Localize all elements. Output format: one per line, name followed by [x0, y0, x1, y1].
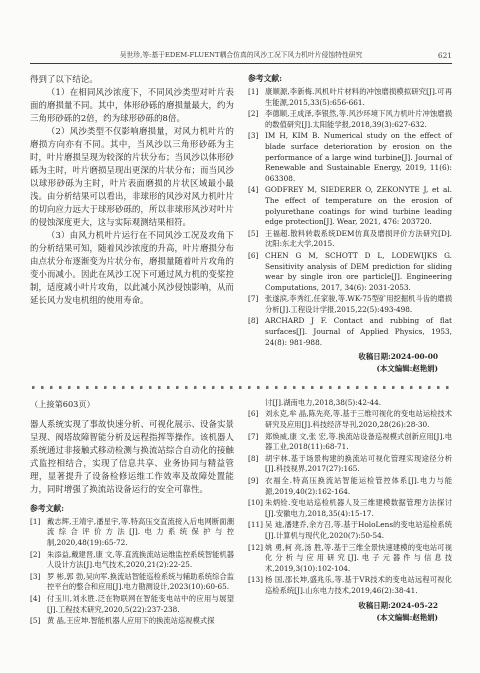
journal-page: 吴世珍,等:基于EDEM-FLUENT耦合仿真的风沙工况下风力机叶片侵蚀特性研究…	[0, 0, 480, 673]
reference-text: 康顺源,李新梅.风机叶片材料的冲蚀磨损模拟研究[J].可再生能源,2015,33…	[265, 87, 452, 108]
reference-number: [9]	[248, 476, 265, 497]
reference-text: 朱添益,戴建晋,康 文,等.直流换流站运维监控系统智能机器人设计方法[J].电气…	[47, 550, 234, 571]
reference-item: [8] 胡宇林.基于场景构建的换流站可视化管理实现途径分析[J].科技视界,20…	[248, 454, 452, 475]
reference-number: [2]	[248, 109, 265, 130]
reference-number: [4]	[30, 594, 47, 615]
reference-text: 李德顺,王成泽,李银然,等.风沙环境下风力机叶片冲蚀磨损的数值研究[J].太阳能…	[265, 109, 452, 130]
reference-item: [9] 衣福全.特高压换流站智能运检管控体系[J].电力与能源,2019,40(…	[248, 476, 452, 497]
reference-number: [5]	[30, 616, 47, 627]
article1-left-column: 得到了以下结论。 （1）在相同风沙浓度下，不同风沙类型对叶片表面的磨损量不同。其…	[30, 73, 234, 375]
reference-item: [4] GODFREY M, SIEDERER O, ZEKONYTE J, e…	[248, 185, 452, 227]
reference-item: [3] 罗 彬,郭 勃,吴向军.换流站智能巡检系统与辅助系统综合监控平台的整合和…	[30, 572, 234, 593]
reference-number: [7]	[248, 294, 265, 315]
page-number: 621	[438, 50, 452, 61]
reference-continuation: 讨[J].湖南电力,2018,38(5):42-44.	[248, 398, 452, 409]
reference-item: [5] 黄 晶,王应坤.智能机器人应用下的换流站巡视模式探	[30, 616, 234, 627]
reference-item: [2] 朱添益,戴建晋,康 文,等.直流换流站运维监控系统智能机器人设计方法[J…	[30, 550, 234, 571]
reference-number: [13]	[248, 575, 265, 596]
reference-number: [8]	[248, 316, 265, 348]
article2-left-column: （上接第603页） 器人系统实现了事故快速分析、可视化展示、设备实景呈现、阀塔故…	[30, 398, 234, 628]
reference-text: ARCHARD J F. Contact and rubbing of flat…	[265, 316, 452, 348]
article2-reference-list-right: [6] 刘永克,牟 晶,陈先亮,等.基于三维可视化的变电站运检技术研究及应用[J…	[248, 409, 452, 596]
reference-item: [10] 朱炳铨.变电站巡检机器人及三维建模数据管理方法探讨[J].安徽电力,2…	[248, 498, 452, 519]
reference-number: [10]	[248, 498, 265, 519]
editor-note: (本文编辑:赵艳娟)	[248, 612, 452, 624]
conclusion-paragraph: （3）由风力机叶片运行在不同风沙工况及攻角下的分析结果可知，随着风沙浓度的升高，…	[30, 229, 234, 307]
reference-text: GODFREY M, SIEDERER O, ZEKONYTE J, et al…	[265, 185, 452, 227]
reference-text: 杨 国,邵长坤,盛兆乐,等.基于VR技术的变电站远程可视化巡检系统[J].山东电…	[265, 575, 452, 596]
reference-number: [3]	[30, 572, 47, 593]
reference-text: 朱炳铨.变电站巡检机器人及三维建模数据管理方法探讨[J].安徽电力,2018,3…	[265, 498, 452, 519]
reference-item: [3] IM H, KIM B. Numerical study on the …	[248, 131, 452, 184]
reference-item: [7] 郑焕威,康 文,张 宏,等.换流站设备巡视模式创新应用[J].电器工业,…	[248, 432, 452, 453]
reference-number: [1]	[248, 87, 265, 108]
conclusion-intro: 得到了以下结论。	[30, 73, 234, 86]
reference-text: 郑焕威,康 文,张 宏,等.换流站设备巡视模式创新应用[J].电器工业,2018…	[265, 432, 452, 453]
reference-item: [7] 张遂滨,李秀红,任家骏,等.WK-75型矿用挖掘机斗齿的磨损分析[J].…	[248, 294, 452, 315]
reference-text: 付玉川,刘永胜.泛在物联网在智能变电站中的应用与展望[J].工程技术研究,202…	[47, 594, 234, 615]
reference-item: [2] 李德顺,王成泽,李银然,等.风沙环境下风力机叶片冲蚀磨损的数值研究[J]…	[248, 109, 452, 130]
received-date: 收稿日期:2024-05-22	[248, 600, 452, 612]
editor-note: (本文编辑:赵艳娟)	[248, 363, 452, 375]
reference-text: 吴 迪,潘建乔,余方召,等.基于HoloLens的变电站巡检系统[J].计算机与…	[265, 520, 452, 541]
reference-text: 胡宇林.基于场景构建的换流站可视化管理实现途径分析[J].科技视界,2017(2…	[265, 454, 452, 475]
reference-number: [1]	[30, 517, 47, 549]
reference-text: CHEN G M, SCHOTT D L, LODEWIJKS G. Sensi…	[265, 251, 452, 293]
reference-item: [8] ARCHARD J F. Contact and rubbing of …	[248, 316, 452, 348]
reference-item: [5] 王福超.散料转载系统DEM仿真及磨损评价方法研究[D].沈阳:东北大学,…	[248, 229, 452, 250]
section-separator	[32, 386, 450, 389]
reference-number: [6]	[248, 409, 265, 430]
reference-text: 罗 彬,郭 勃,吴向军.换流站智能巡检系统与辅助系统综合监控平台的整合和应用[J…	[47, 572, 234, 593]
reference-text: IM H, KIM B. Numerical study on the effe…	[265, 131, 452, 184]
reference-number: [5]	[248, 229, 265, 250]
reference-number: [4]	[248, 185, 265, 227]
continued-from-note: （上接第603页）	[30, 398, 234, 410]
reference-number: [12]	[248, 543, 265, 575]
article2-section: （上接第603页） 器人系统实现了事故快速分析、可视化展示、设备实景呈现、阀塔故…	[30, 398, 452, 628]
reference-number: [3]	[248, 131, 265, 184]
reference-text: 王福超.散料转载系统DEM仿真及磨损评价方法研究[D].沈阳:东北大学,2015…	[265, 229, 452, 250]
reference-number: [6]	[248, 251, 265, 293]
reference-text: 黄 晶,王应坤.智能机器人应用下的换流站巡视模式探	[47, 616, 234, 627]
header-rule	[30, 63, 452, 64]
conclusion-paragraph: （1）在相同风沙浓度下，不同风沙类型对叶片表面的磨损量不同。其中，体形砂砾的磨损…	[30, 86, 234, 125]
reference-item: [11] 吴 迪,潘建乔,余方召,等.基于HoloLens的变电站巡检系统[J]…	[248, 520, 452, 541]
reference-number: [2]	[30, 550, 47, 571]
reference-number: [8]	[248, 454, 265, 475]
reference-item: [6] CHEN G M, SCHOTT D L, LODEWIJKS G. S…	[248, 251, 452, 293]
article2-body-paragraph: 器人系统实现了事故快速分析、可视化展示、设备实景呈现、阀塔故障智能分析及远程指挥…	[30, 418, 234, 496]
running-title: 吴世珍,等:基于EDEM-FLUENT耦合仿真的风沙工况下风力机叶片侵蚀特性研究	[120, 51, 363, 59]
article2-reference-list-left: [1] 戴志辉,王靖宇,潘星宇,等.特高压交直流接入后电网断面潮流综合评价方法[…	[30, 517, 234, 627]
reference-number: [7]	[248, 432, 265, 453]
article1-reference-list: [1] 康顺源,李新梅.风机叶片材料的冲蚀磨损模拟研究[J].可再生能源,201…	[248, 87, 452, 348]
references-heading: 参考文献:	[248, 73, 452, 84]
conclusion-paragraph: （2）风沙类型不仅影响磨损量，对风力机叶片的磨损方向亦有不同。其中，当风沙以三角…	[30, 125, 234, 229]
reference-item: [12] 姚 勇,柯 亮,汤 胜,等.基于三维全景快速建模的变电站可视化分析与应…	[248, 543, 452, 575]
reference-text: 姚 勇,柯 亮,汤 胜,等.基于三维全景快速建模的变电站可视化分析与应用研究[J…	[265, 543, 452, 575]
references-heading: 参考文献:	[30, 503, 234, 514]
running-header: 吴世珍,等:基于EDEM-FLUENT耦合仿真的风沙工况下风力机叶片侵蚀特性研究…	[30, 50, 452, 61]
reference-item: [1] 康顺源,李新梅.风机叶片材料的冲蚀磨损模拟研究[J].可再生能源,201…	[248, 87, 452, 108]
reference-item: [6] 刘永克,牟 晶,陈先亮,等.基于三维可视化的变电站运检技术研究及应用[J…	[248, 409, 452, 430]
reference-text: 刘永克,牟 晶,陈先亮,等.基于三维可视化的变电站运检技术研究及应用[J].科技…	[265, 409, 452, 430]
reference-item: [4] 付玉川,刘永胜.泛在物联网在智能变电站中的应用与展望[J].工程技术研究…	[30, 594, 234, 615]
reference-text: 衣福全.特高压换流站智能运检管控体系[J].电力与能源,2019,40(2):1…	[265, 476, 452, 497]
conclusion-paragraphs: （1）在相同风沙浓度下，不同风沙类型对叶片表面的磨损量不同。其中，体形砂砾的磨损…	[30, 86, 234, 307]
article2-right-column: 讨[J].湖南电力,2018,38(5):42-44. [6] 刘永克,牟 晶,…	[248, 398, 452, 628]
reference-text: 张遂滨,李秀红,任家骏,等.WK-75型矿用挖掘机斗齿的磨损分析[J].工程设计…	[265, 294, 452, 315]
reference-item: [1] 戴志辉,王靖宇,潘星宇,等.特高压交直流接入后电网断面潮流综合评价方法[…	[30, 517, 234, 549]
received-date: 收稿日期:2024-00-00	[248, 351, 452, 363]
reference-number: [11]	[248, 520, 265, 541]
article1-section: 得到了以下结论。 （1）在相同风沙浓度下，不同风沙类型对叶片表面的磨损量不同。其…	[30, 73, 452, 375]
article1-right-column: 参考文献: [1] 康顺源,李新梅.风机叶片材料的冲蚀磨损模拟研究[J].可再生…	[248, 73, 452, 375]
reference-text: 戴志辉,王靖宇,潘星宇,等.特高压交直流接入后电网断面潮流综合评价方法[J].电…	[47, 517, 234, 549]
reference-item: [13] 杨 国,邵长坤,盛兆乐,等.基于VR技术的变电站远程可视化巡检系统[J…	[248, 575, 452, 596]
